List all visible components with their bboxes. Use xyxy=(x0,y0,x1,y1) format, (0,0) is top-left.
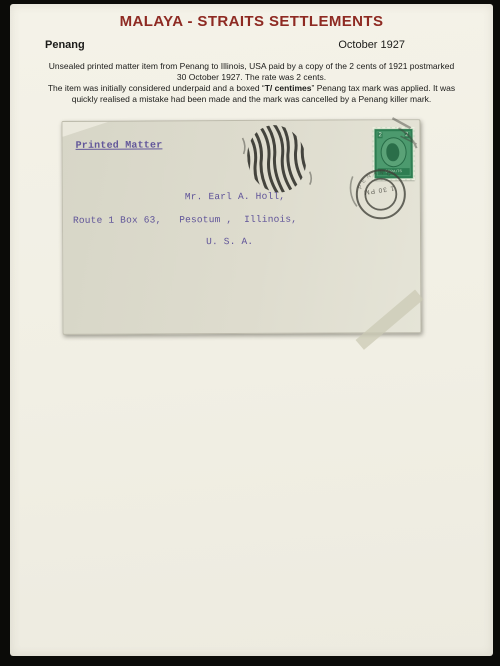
penang-datestamp: PENANG 1 30 PM xyxy=(322,114,435,227)
screenshot-root: { "colors": { "background": "#0b0b08", "… xyxy=(0,0,500,666)
subheader-row: Penang October 1927 xyxy=(10,39,493,51)
description-line-3-post: ” Penang tax mark was applied. It was xyxy=(312,83,456,93)
album-page: MALAYA - STRAITS SETTLEMENTS Penang Octo… xyxy=(10,4,493,656)
tax-mark-name: T/ centimes xyxy=(265,83,312,93)
description-line-4: quickly realised a mistake had been made… xyxy=(10,94,493,105)
page-title: MALAYA - STRAITS SETTLEMENTS xyxy=(10,13,493,30)
description-line-3: The item was initially considered underp… xyxy=(10,83,493,94)
description-line-2: 30 October 1927. The rate was 2 cents. xyxy=(10,72,493,83)
date-label: October 1927 xyxy=(338,39,405,51)
envelope-corner-crease xyxy=(62,122,108,137)
envelope-fold-line xyxy=(356,290,424,350)
description-line-1: Unsealed printed matter item from Penang… xyxy=(10,61,493,72)
envelope-photo: Printed Matter xyxy=(61,119,421,335)
address-line-3: U. S. A. xyxy=(206,236,253,247)
printed-matter-endorsement: Printed Matter xyxy=(76,140,163,151)
address-line-1: Mr. Earl A. Holl, xyxy=(185,191,285,203)
place-label: Penang xyxy=(45,39,85,51)
address-line-2: Route 1 Box 63, Pesotum , Illinois, xyxy=(73,214,297,226)
penang-killer-mark xyxy=(236,122,318,200)
description-text: Unsealed printed matter item from Penang… xyxy=(10,61,493,105)
description-line-3-pre: The item was initially considered underp… xyxy=(48,83,265,93)
